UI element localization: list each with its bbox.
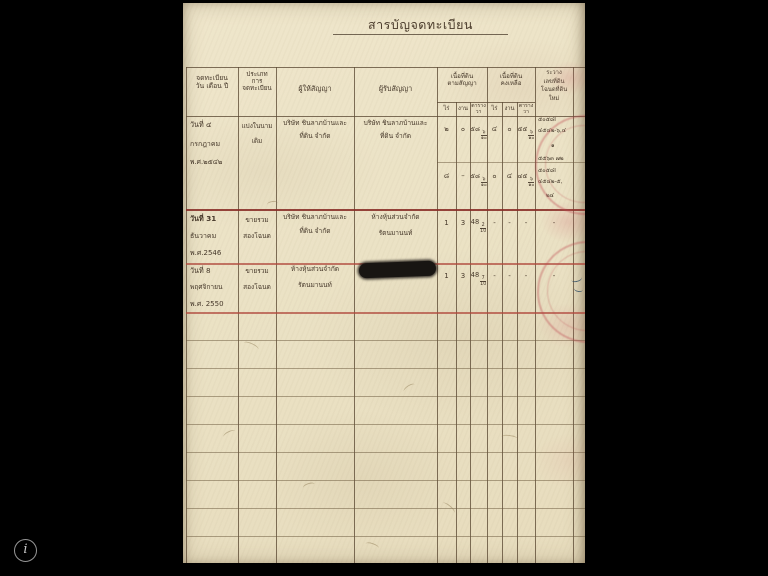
row3-remaining-rai: - — [487, 272, 502, 280]
row2-grantee-line1: ห้างหุ้นส่วนจำกัด — [354, 214, 437, 222]
header-date-line1: จดทะเบียน — [196, 74, 228, 82]
grid-line — [186, 508, 585, 509]
row2-remaining-ngan: - — [502, 219, 517, 227]
stamp-smudge — [548, 61, 585, 95]
row1-grantor-line1: บริษัท ชินลาภบ้านและ — [276, 120, 354, 128]
fraction-denominator: ๑๐ — [528, 182, 534, 188]
header-area-remaining-line2: คงเหลือ — [501, 80, 522, 87]
header-grantee: ผู้รับสัญญา — [354, 85, 437, 93]
header-type: ประเภท การ จดทะเบียน — [238, 71, 276, 93]
grid-line — [186, 67, 187, 563]
row1-contract-wa-int: ๕๘ — [470, 125, 480, 133]
row2-contract-wa: 48210 — [470, 219, 487, 235]
row1b-contract-rai: ๘ — [437, 173, 456, 181]
row1b-contract-wa: ๕๘๖๑๐ — [470, 173, 487, 189]
row1-remaining-rai: ๔ — [487, 126, 502, 134]
row3-contract-ngan: 3 — [456, 272, 470, 280]
subheader-ngan: งาน — [456, 106, 470, 113]
info-icon[interactable]: i — [14, 539, 37, 562]
header-map-line4: ใหม่ — [549, 96, 559, 102]
row1-contract-wa: ๕๘๖๑๐ — [470, 126, 487, 142]
stamp-smudge — [538, 303, 585, 348]
header-date: จดทะเบียน วัน เดือน ปี — [186, 75, 238, 91]
row3-type-line1: ขายรวม — [238, 268, 276, 275]
row2-remaining-wa: - — [517, 219, 535, 227]
paper-fiber — [501, 434, 519, 442]
row2-grantee-line2: รัตนมานนท์ — [354, 230, 437, 238]
row1-contract-ngan: ๐ — [456, 126, 470, 134]
row1-contract-rai: ๒ — [437, 126, 456, 134]
row3-date-line3: พ.ศ. 2550 — [190, 300, 224, 308]
row3-remaining-wa: - — [517, 272, 535, 280]
header-date-line2: วัน เดือน ปี — [196, 82, 229, 90]
row1-date-line3: พ.ศ.๒๕๔๒ — [190, 159, 222, 167]
row2-type-line2: สองโฉนด — [238, 233, 276, 240]
subheader-wa: ตาราง วา — [470, 103, 487, 115]
row2-date-line1: วันที่ 31 — [190, 215, 216, 223]
row3-date-line1: วันที่ 8 — [190, 267, 211, 275]
grid-line — [186, 424, 585, 425]
grid-line — [487, 67, 488, 563]
fraction-denominator: ๑๐ — [528, 135, 534, 141]
grid-line — [186, 480, 585, 481]
subheader-wa-line1: ตาราง — [519, 103, 534, 109]
paper-fiber — [242, 340, 259, 352]
row3-contract-rai: 1 — [437, 272, 456, 280]
paper-fiber — [222, 428, 236, 439]
fraction-denominator: ๑๐ — [481, 135, 487, 141]
paper-fiber — [302, 481, 315, 490]
header-area-contract-line1: เนื้อที่ดิน — [451, 73, 473, 80]
row1-date-line2: กรกฎาคม — [190, 140, 220, 148]
fraction-denominator: ๑๐ — [481, 182, 487, 188]
subheader-rai: ไร่ — [487, 106, 502, 113]
row2-grantor-line1: บริษัท ชินลาภบ้านและ — [276, 214, 354, 222]
row3-contract-wa-int: 48 — [471, 271, 479, 279]
row2-remaining-rai: - — [487, 219, 502, 227]
row1b-contract-ngan: – — [456, 173, 470, 181]
row1-remaining-wa: ๕๕๖๑๐ — [517, 126, 535, 142]
row3-type-line2: สองโฉนด — [238, 284, 276, 291]
header-area-remaining-line1: เนื้อที่ดิน — [500, 73, 522, 80]
grid-line — [437, 67, 438, 563]
header-type-line1: ประเภท — [246, 71, 267, 78]
row1b-remaining-wa-int: ๔๕ — [518, 172, 528, 180]
document-title: สารบัญจดทะเบียน — [333, 18, 508, 35]
row1-remaining-wa-int: ๕๕ — [518, 125, 528, 133]
fraction-denominator: 10 — [480, 228, 486, 234]
grid-line — [186, 67, 585, 68]
row1b-remaining-ngan: ๔ — [502, 173, 517, 181]
subheader-wa: ตาราง วา — [517, 103, 535, 115]
row3-date-line2: พฤศจิกายน — [190, 284, 222, 292]
row3-remaining-ngan: - — [502, 272, 517, 280]
row1-type-line1: แบ่งในนาม — [238, 123, 276, 130]
row1b-contract-wa-int: ๕๘ — [470, 172, 480, 180]
row1-grantee-line2: ที่ดิน จำกัด — [354, 133, 437, 141]
row1-grantee-line1: บริษัท ชินลาภบ้านและ — [354, 120, 437, 128]
grid-line — [502, 102, 503, 563]
fraction: ๖๑๐ — [481, 177, 487, 189]
grid-line — [186, 452, 585, 453]
subheader-ngan: งาน — [502, 106, 517, 113]
fraction: ๖๑๐ — [528, 130, 534, 142]
grid-line — [276, 67, 277, 563]
row2-contract-wa-int: 48 — [471, 218, 479, 226]
header-grantor: ผู้ให้สัญญา — [276, 85, 354, 93]
stamp-smudge — [541, 201, 585, 243]
row2-contract-rai: 1 — [437, 219, 456, 227]
grid-line — [535, 67, 536, 563]
subheader-wa-line2: วา — [523, 109, 529, 115]
row3-grantor-line1: ห้างหุ้นส่วนจำกัด — [276, 266, 354, 274]
row1b-remaining-rai: ๐ — [487, 173, 502, 181]
row1-map-line1: ๕๐๕๘I — [538, 117, 556, 123]
grid-line — [186, 396, 585, 397]
red-rule-line — [186, 209, 585, 211]
row1-grantor-line2: ที่ดิน จำกัด — [276, 133, 354, 141]
row2-grantor-line2: ที่ดิน จำกัด — [276, 228, 354, 236]
row1-type-line2: เดิม — [238, 138, 276, 145]
grid-line — [456, 102, 457, 563]
row1-date-line1: วันที่ ๔ — [190, 121, 211, 129]
red-rule-line — [186, 312, 585, 314]
row3-grantor-line2: รัตนมานนท์ — [276, 282, 354, 290]
redaction-mark — [359, 261, 436, 279]
fraction: ๖๑๐ — [528, 177, 534, 189]
paper-fiber — [402, 382, 416, 394]
header-area-contract: เนื้อที่ดิน ตามสัญญา — [437, 73, 487, 87]
row2-contract-ngan: 3 — [456, 219, 470, 227]
fraction: ๖๑๐ — [481, 130, 487, 142]
grid-line — [186, 536, 585, 537]
header-area-remaining: เนื้อที่ดิน คงเหลือ — [487, 73, 535, 87]
grid-line — [354, 67, 355, 563]
fraction: 710 — [480, 276, 486, 288]
image-viewer: สารบัญจดทะเบียน จดทะเบียน วัน — [0, 0, 768, 576]
fraction-denominator: 10 — [480, 281, 486, 287]
header-type-line3: จดทะเบียน — [242, 85, 271, 92]
scanned-document: สารบัญจดทะเบียน จดทะเบียน วัน — [183, 3, 585, 563]
row2-type-line1: ขายรวม — [238, 217, 276, 224]
row2-date-line2: ธันวาคม — [190, 232, 216, 240]
header-area-contract-line2: ตามสัญญา — [447, 80, 476, 87]
subheader-rai: ไร่ — [437, 106, 456, 113]
subheader-wa-line2: วา — [476, 109, 482, 115]
row1-remaining-ngan: ๐ — [502, 126, 517, 134]
grid-line — [186, 368, 585, 369]
row1b-remaining-wa: ๔๕๖๑๐ — [517, 173, 535, 189]
row2-date-line3: พ.ศ.2546 — [190, 249, 221, 257]
paper-fiber — [364, 541, 379, 551]
subheader-wa-line1: ตาราง — [471, 103, 486, 109]
grid-line — [186, 116, 585, 117]
fraction: 210 — [480, 223, 486, 235]
row3-contract-wa: 48710 — [470, 272, 487, 288]
